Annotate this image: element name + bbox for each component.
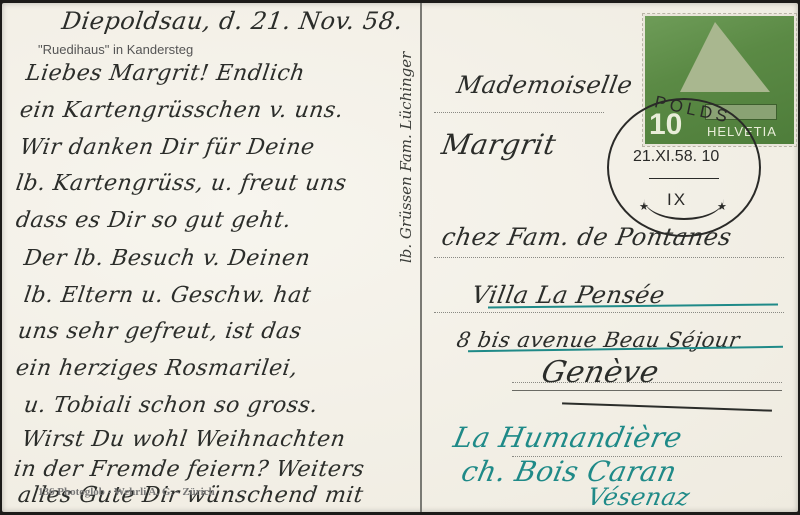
message-line: Wir danken Dir für Deine	[18, 135, 316, 160]
publisher-imprint: 136 Photoglob - Wehrli A. G. - Zürich	[38, 486, 215, 498]
message-line: lb. Eltern u. Geschw. hat	[22, 283, 313, 308]
postmark-arc	[644, 178, 724, 220]
address-name: Margrit	[439, 128, 559, 161]
address-city: Genève	[538, 355, 662, 390]
postmark: POLDS 21.XI.58. 10 IX ★ ★	[607, 98, 761, 237]
address-salutation: Mademoiselle	[455, 71, 635, 99]
margin-note: lb. Grüssen Fam. Lüchinger	[397, 52, 415, 263]
address-rule-solid	[512, 390, 782, 391]
postmark-date: 21.XI.58. 10	[633, 148, 719, 166]
forwarding-line: Vésenaz	[585, 483, 693, 511]
mountain-icon	[680, 22, 770, 92]
message-line: Liebes Margrit! Endlich	[24, 61, 306, 86]
message-line: dass es Dir so gut geht.	[14, 208, 292, 233]
message-line: uns sehr gefreut, ist das	[16, 319, 303, 344]
postcard-back: Diepoldsau, d. 21. Nov. 58. "Ruedihaus" …	[2, 3, 798, 512]
message-line: lb. Kartengrüss, u. freut uns	[14, 171, 348, 196]
message-line: ein herziges Rosmarilei,	[14, 356, 299, 381]
message-dateline: Diepoldsau, d. 21. Nov. 58.	[60, 7, 405, 35]
star-icon: ★	[717, 200, 727, 213]
message-line: Der lb. Besuch v. Deinen	[22, 246, 312, 271]
divider-line	[420, 3, 422, 512]
message-line: Wirst Du wohl Weihnachten	[20, 427, 347, 452]
message-line: u. Tobiali schon so gross.	[22, 393, 319, 418]
forwarding-line: La Humandière	[450, 421, 685, 454]
address-rule	[434, 257, 784, 258]
message-line: ein Kartengrüsschen v. uns.	[18, 98, 345, 123]
address-rule	[434, 312, 784, 313]
address-rule	[434, 112, 604, 113]
address-care-of: chez Fam. de Pontanes	[440, 223, 734, 251]
printed-caption: "Ruedihaus" in Kandersteg	[38, 42, 193, 57]
star-icon: ★	[639, 200, 649, 213]
message-line: in der Fremde feiern? Weiters	[12, 457, 366, 482]
underline-stroke	[562, 402, 772, 411]
